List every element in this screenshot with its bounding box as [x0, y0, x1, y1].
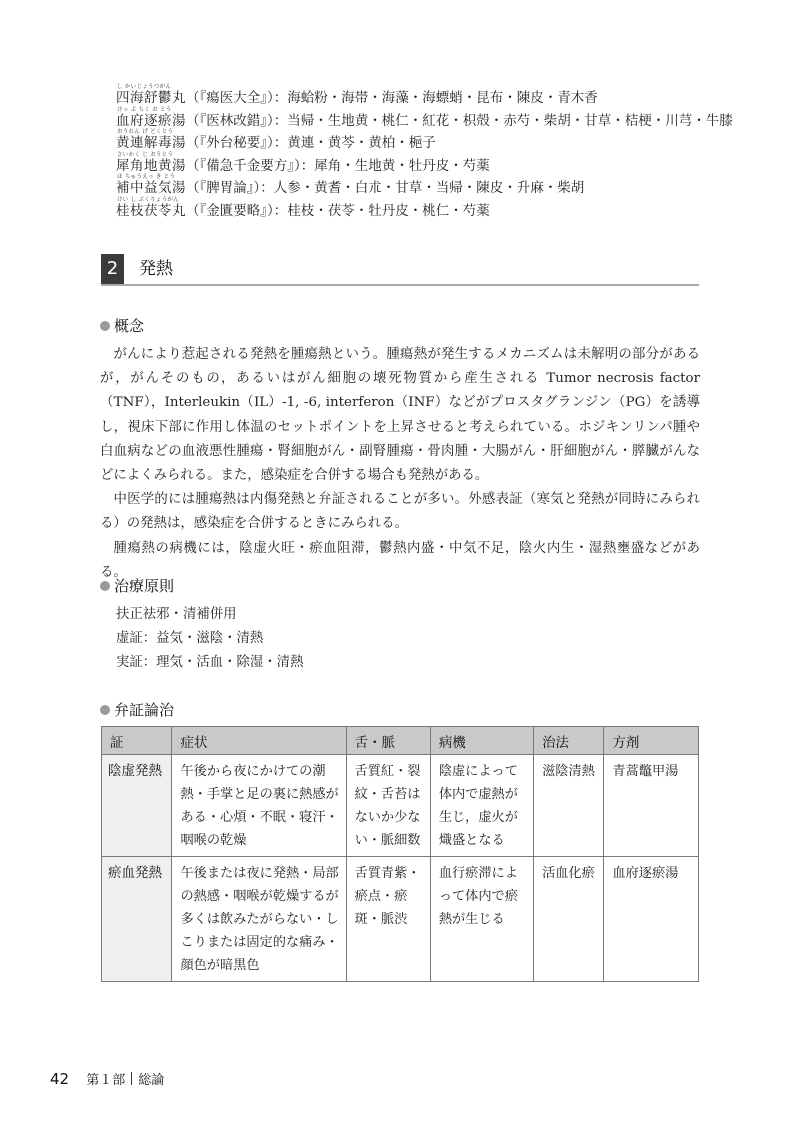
formula-source: （『医林改錯』） — [186, 113, 274, 129]
principle-line: 虚証：益気・滋陰・清熱 — [116, 627, 303, 651]
formula-item: けい し ぶくりょうがん 桂枝茯苓丸（『金匱要略』）：桂枝・茯苓・牡丹皮・桃仁・… — [116, 197, 716, 220]
formula-name: 黄連解毒湯 — [116, 135, 186, 151]
paragraph: がんにより惹起される発熱を腫瘍熱という。腫瘍熱が発生するメカニズムは未解明の部分… — [100, 343, 700, 488]
chapter-label: 総論 — [138, 1073, 164, 1088]
cell-pattern: 瘀血発熱 — [102, 857, 172, 982]
cell-symptoms: 午後または夜に発熱・局部の熱感・咽喉が乾燥するが多くは飲みたがらない・しこりまた… — [172, 857, 346, 982]
cell-tongue-pulse: 舌質青紫・瘀点・瘀斑・脈渋 — [346, 857, 430, 982]
formula-herbs: ：黄連・黄芩・黄柏・梔子 — [274, 135, 436, 151]
cell-mechanism: 陰虚によって体内で虚熱が生じ，虚火が熾盛となる — [430, 755, 533, 857]
formula-item: さいかく じ おうとう 犀角地黄湯（『備急千金要方』）：犀角・生地黄・牡丹皮・芍… — [116, 152, 716, 175]
column-header-tongue-pulse: 舌・脈 — [346, 727, 430, 755]
formula-source: （『脾胃論』） — [186, 180, 260, 196]
formula-item: けっ ぷ ちく お とう 血府逐瘀湯（『医林改錯』）：当帰・生地黄・桃仁・紅花・… — [116, 107, 716, 130]
differentiation-heading: 弁証論治 — [100, 700, 174, 720]
formula-name: 血府逐瘀湯 — [116, 113, 186, 129]
cell-formula: 青蒿鼈甲湯 — [604, 755, 699, 857]
treatment-heading: 治療原則 — [100, 576, 174, 596]
formula-source: （『瘍医大全』） — [186, 90, 274, 106]
formula-herbs: ：桂枝・茯苓・牡丹皮・桃仁・芍薬 — [274, 203, 490, 219]
formula-list: し かいじょうつがん 四海舒鬱丸（『瘍医大全』）：海蛤粉・海帯・海藻・海螵蛸・昆… — [116, 84, 716, 219]
concept-heading: 概念 — [100, 316, 144, 336]
formula-source: （『備急千金要方』） — [186, 158, 301, 174]
cell-mechanism: 血行瘀滞によって体内で瘀熱が生じる — [430, 857, 533, 982]
bullet-icon — [100, 705, 110, 715]
page-footer: 42 第１部総論 — [50, 1069, 164, 1089]
table-row: 陰虚発熱 午後から夜にかけての潮熱・手掌と足の裏に熱感がある・心煩・不眠・寝汗・… — [102, 755, 699, 857]
table-header-row: 証 症状 舌・脈 病機 治法 方剤 — [102, 727, 699, 755]
cell-formula: 血府逐瘀湯 — [604, 857, 699, 982]
section-header: 2 発熱 — [101, 254, 699, 286]
formula-name: 犀角地黄湯 — [116, 158, 186, 174]
part-label: 第１部 — [86, 1073, 125, 1088]
bullet-icon — [100, 321, 110, 331]
section-number: 2 — [101, 254, 124, 284]
differentiation-heading-label: 弁証論治 — [114, 701, 174, 719]
cell-tongue-pulse: 舌質紅・裂紋・舌苔はないか少ない・脈細数 — [346, 755, 430, 857]
treatment-heading-label: 治療原則 — [114, 577, 174, 595]
page-number: 42 — [50, 1070, 69, 1088]
cell-pattern: 陰虚発熱 — [102, 755, 172, 857]
paragraph: 中医学的には腫瘍熱は内傷発熱と弁証されることが多い。外感表証（寒気と発熱が同時に… — [100, 488, 700, 536]
formula-name: 桂枝茯苓丸 — [116, 203, 186, 219]
bullet-icon — [100, 581, 110, 591]
column-header-formula: 方剤 — [604, 727, 699, 755]
formula-herbs: ：犀角・生地黄・牡丹皮・芍薬 — [301, 158, 490, 174]
formula-item: し かいじょうつがん 四海舒鬱丸（『瘍医大全』）：海蛤粉・海帯・海藻・海螵蛸・昆… — [116, 84, 716, 107]
differentiation-table: 証 症状 舌・脈 病機 治法 方剤 陰虚発熱 午後から夜にかけての潮熱・手掌と足… — [101, 726, 699, 982]
column-header-method: 治法 — [534, 727, 604, 755]
column-header-mechanism: 病機 — [430, 727, 533, 755]
concept-heading-label: 概念 — [114, 317, 144, 335]
formula-item: おうれん げ どくとう 黄連解毒湯（『外台秘要』）：黄連・黄芩・黄柏・梔子 — [116, 129, 716, 152]
column-header-pattern: 証 — [102, 727, 172, 755]
column-header-symptoms: 症状 — [172, 727, 346, 755]
formula-herbs: ：当帰・生地黄・桃仁・紅花・枳殻・赤芍・柴胡・甘草・桔梗・川芎・牛膝 — [274, 113, 733, 129]
cell-symptoms: 午後から夜にかけての潮熱・手掌と足の裏に熱感がある・心煩・不眠・寝汗・咽喉の乾燥 — [172, 755, 346, 857]
formula-herbs: ：人参・黄耆・白朮・甘草・当帰・陳皮・升麻・柴胡 — [260, 180, 584, 196]
formula-source: （『外台秘要』） — [186, 135, 274, 151]
cell-method: 活血化瘀 — [534, 857, 604, 982]
principle-line: 扶正祛邪・清補併用 — [116, 603, 303, 627]
formula-name: 補中益気湯 — [116, 180, 186, 196]
divider — [131, 1072, 132, 1085]
paragraph: 腫瘍熱の病機には，陰虚火旺・瘀血阻滞，鬱熱内盛・中気不足，陰火内生・湿熱壅盛など… — [100, 537, 700, 585]
formula-name: 四海舒鬱丸 — [116, 90, 186, 106]
treatment-principles: 扶正祛邪・清補併用 虚証：益気・滋陰・清熱 実証：理気・活血・除湿・清熱 — [116, 603, 303, 675]
concept-body: がんにより惹起される発熱を腫瘍熱という。腫瘍熱が発生するメカニズムは未解明の部分… — [100, 343, 700, 585]
cell-method: 滋陰清熱 — [534, 755, 604, 857]
formula-source: （『金匱要略』） — [186, 203, 274, 219]
formula-herbs: ：海蛤粉・海帯・海藻・海螵蛸・昆布・陳皮・青木香 — [274, 90, 598, 106]
formula-item: ほ ちゅうえっ き とう 補中益気湯（『脾胃論』）：人参・黄耆・白朮・甘草・当帰… — [116, 174, 716, 197]
section-title: 発熱 — [139, 254, 173, 284]
principle-line: 実証：理気・活血・除湿・清熱 — [116, 651, 303, 675]
table-row: 瘀血発熱 午後または夜に発熱・局部の熱感・咽喉が乾燥するが多くは飲みたがらない・… — [102, 857, 699, 982]
